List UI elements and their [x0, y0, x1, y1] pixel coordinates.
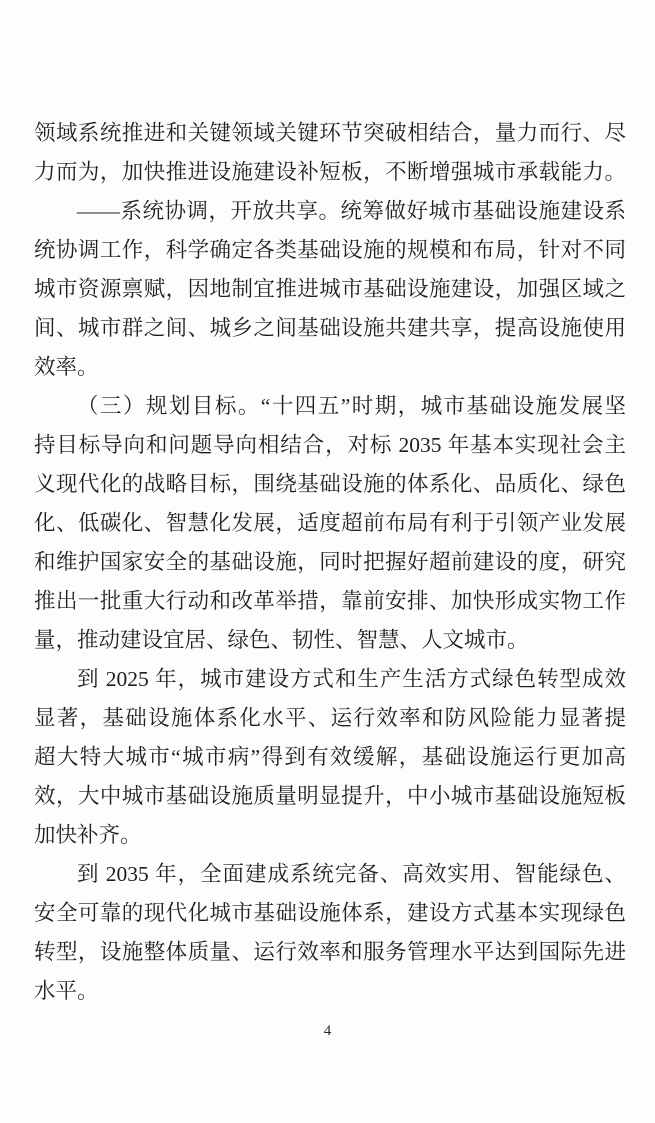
- text-line: 力而为，加快推进设施建设补短板，不断增强城市承载能力。: [34, 153, 626, 192]
- text-line: 领域系统推进和关键领域关键环节突破相结合，量力而行、尽: [34, 114, 626, 153]
- text-line: 化、低碳化、智慧化发展，适度超前布局有利于引领产业发展: [34, 504, 626, 543]
- text-line: 效率。: [34, 348, 626, 387]
- text-line: 城市资源禀赋，因地制宜推进城市基础设施建设，加强区域之: [34, 270, 626, 309]
- text-line: 超大特大城市“城市病”得到有效缓解，基础设施运行更加高: [34, 738, 626, 777]
- text-line: （三）规划目标。“十四五”时期，城市基础设施发展坚: [34, 387, 626, 426]
- text-line: 和维护国家安全的基础设施，同时把握好超前建设的度，研究: [34, 543, 626, 582]
- text-line: 持目标导向和问题导向相结合，对标 2035 年基本实现社会主: [34, 426, 626, 465]
- page-number: 4: [0, 1021, 655, 1041]
- paragraph: （三）规划目标。“十四五”时期，城市基础设施发展坚持目标导向和问题导向相结合，对…: [34, 387, 626, 660]
- text-line: 到 2035 年，全面建成系统完备、高效实用、智能绿色、: [34, 855, 626, 894]
- paragraph: 到 2025 年，城市建设方式和生产生活方式绿色转型成效显著，基础设施体系化水平…: [34, 660, 626, 855]
- text-line: 水平。: [34, 972, 626, 1011]
- text-line: 到 2025 年，城市建设方式和生产生活方式绿色转型成效: [34, 660, 626, 699]
- document-page: 领域系统推进和关键领域关键环节突破相结合，量力而行、尽力而为，加快推进设施建设补…: [0, 0, 655, 1123]
- text-line: 安全可靠的现代化城市基础设施体系，建设方式基本实现绿色: [34, 894, 626, 933]
- text-line: 加快补齐。: [34, 816, 626, 855]
- text-line: 转型，设施整体质量、运行效率和服务管理水平达到国际先进: [34, 933, 626, 972]
- text-line: 显著，基础设施体系化水平、运行效率和防风险能力显著提升，: [34, 699, 626, 738]
- text-line: 量，推动建设宜居、绿色、韧性、智慧、人文城市。: [34, 621, 626, 660]
- text-line: 效，大中城市基础设施质量明显提升，中小城市基础设施短板: [34, 777, 626, 816]
- text-line: 义现代化的战略目标，围绕基础设施的体系化、品质化、绿色: [34, 465, 626, 504]
- document-body: 领域系统推进和关键领域关键环节突破相结合，量力而行、尽力而为，加快推进设施建设补…: [34, 0, 626, 1011]
- text-line: ——系统协调，开放共享。统筹做好城市基础设施建设系: [34, 192, 626, 231]
- text-line: 间、城市群之间、城乡之间基础设施共建共享，提高设施使用: [34, 309, 626, 348]
- paragraph: ——系统协调，开放共享。统筹做好城市基础设施建设系统协调工作，科学确定各类基础设…: [34, 192, 626, 387]
- paragraph: 领域系统推进和关键领域关键环节突破相结合，量力而行、尽力而为，加快推进设施建设补…: [34, 114, 626, 192]
- paragraph: 到 2035 年，全面建成系统完备、高效实用、智能绿色、安全可靠的现代化城市基础…: [34, 855, 626, 1011]
- text-line: 推出一批重大行动和改革举措，靠前安排、加快形成实物工作: [34, 582, 626, 621]
- text-line: 统协调工作，科学确定各类基础设施的规模和布局，针对不同: [34, 231, 626, 270]
